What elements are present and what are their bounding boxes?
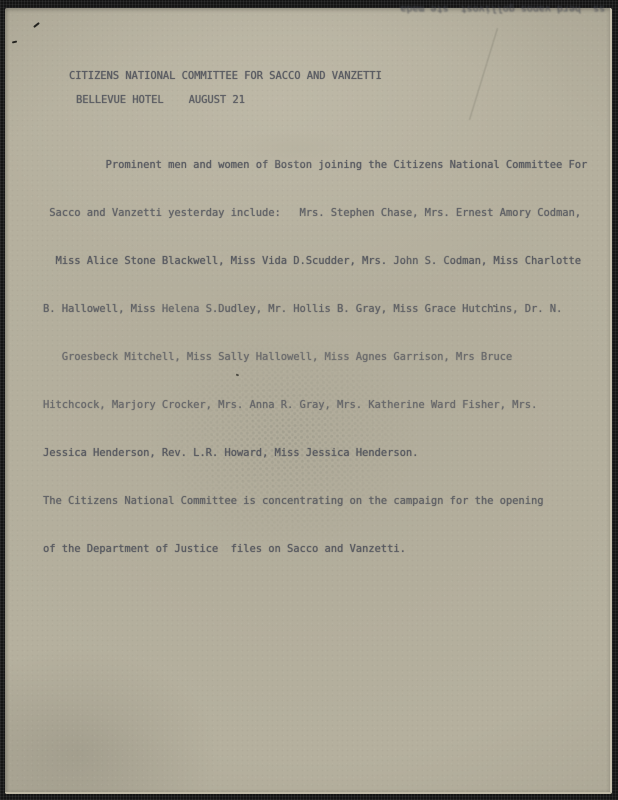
typed-line: Groesbeck Mitchell, Miss Sally Hallowell… [43,345,587,369]
crease-line [469,28,498,120]
typed-line: of the Department of Justice files on Sa… [43,537,587,561]
ink-speck [12,40,17,43]
typed-line: Miss Alice Stone Blackwell, Miss Vida D.… [43,249,587,273]
typed-line: Prominent men and women of Boston joinin… [43,153,587,177]
document-title: CITIZENS NATIONAL COMMITTEE FOR SACCO AN… [69,70,382,82]
typed-line: B. Hallowell, Miss Helena S.Dudley, Mr. … [43,297,587,321]
typed-line: Hitchcock, Marjory Crocker, Mrs. Anna R.… [43,393,587,417]
document-subtitle: BELLEVUE HOTEL AUGUST 21 [76,94,245,106]
offset-bleedthrough-text: ss herd vanos gollivost ste mada [334,3,605,14]
typed-line: Jessica Henderson, Rev. L.R. Howard, Mis… [43,441,587,465]
paper-sheet: ss herd vanos gollivost ste mada CITIZEN… [5,8,612,794]
typed-line: Sacco and Vanzetti yesterday include: Mr… [43,201,587,225]
scan-backdrop: ss herd vanos gollivost ste mada CITIZEN… [0,0,618,800]
ink-speck [33,22,40,28]
typed-line: The Citizens National Committee is conce… [43,489,587,513]
typed-body: Prominent men and women of Boston joinin… [43,129,587,585]
